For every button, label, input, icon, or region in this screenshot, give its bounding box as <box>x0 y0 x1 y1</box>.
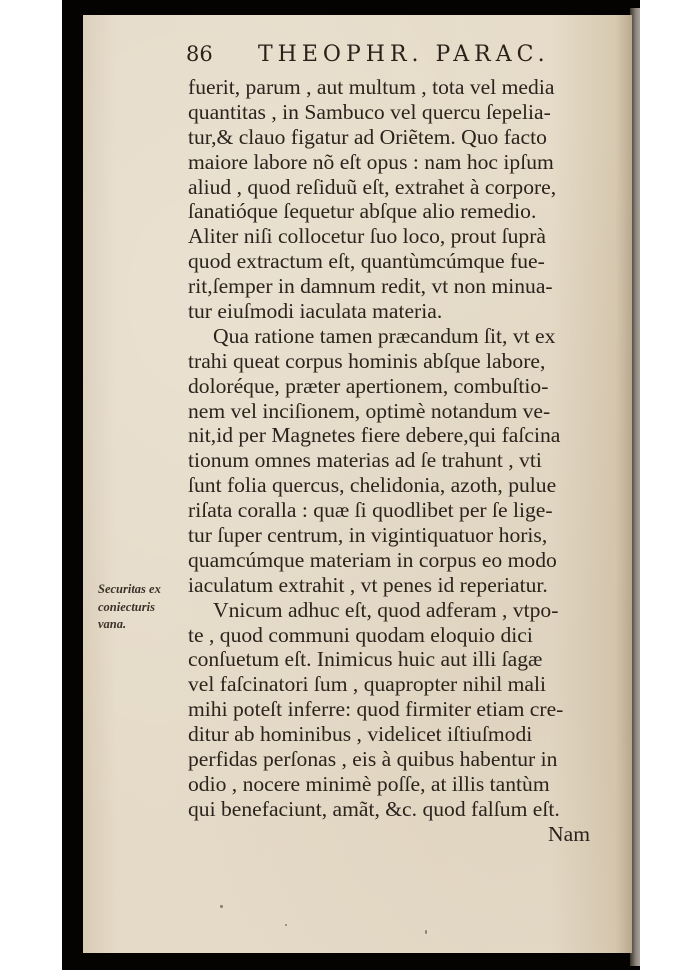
text-line: Vnicum adhuc eſt, quod adferam , vtpo- <box>188 598 598 623</box>
text-line: nem vel inciſionem, optimè notandum ve- <box>188 399 598 424</box>
margin-note: Securitas ex coniecturis vana. <box>98 581 188 634</box>
margin-note-line: Securitas ex <box>98 581 188 599</box>
running-head: 86 THEOPHR. PARAC. <box>186 42 606 72</box>
text-line: doloréque, præter apertionem, combuſtio- <box>188 374 598 399</box>
text-line: Qua ratione tamen præcandum ſit, vt ex <box>188 324 598 349</box>
text-line: tur eiuſmodi iaculata materia. <box>188 299 598 324</box>
text-line: fuerit, parum , aut multum , tota vel me… <box>188 75 598 100</box>
text-line: qui benefaciunt, amãt, &c. quod falſum e… <box>188 797 598 822</box>
text-line: ditur ab hominibus , videlicet iſtiuſmod… <box>188 722 598 747</box>
text-line: quantitas , in Sambuco vel quercu ſepeli… <box>188 100 598 125</box>
text-line: mihi poteſt inferre: quod firmiter etiam… <box>188 697 598 722</box>
text-line: Aliter niſi collocetur ſuo loco, prout ſ… <box>188 224 598 249</box>
text-line: iaculatum extrahit , vt penes id reperia… <box>188 573 598 598</box>
text-line: aliud , quod reſiduũ eſt, extrahet à cor… <box>188 175 598 200</box>
text-line: te , quod communi quodam eloquio dici <box>188 623 598 648</box>
text-line: tur ſuper centrum, in vigintiquatuor hor… <box>188 523 598 548</box>
text-line: quamcúmque materiam in corpus eo modo <box>188 548 598 573</box>
text-line: odio , nocere minimè poſſe, at illis tan… <box>188 772 598 797</box>
text-line: conſuetum eſt. Inimicus huic aut illi ſa… <box>188 647 598 672</box>
text-line: riſata coralla : quæ ſi quodlibet per ſe… <box>188 498 598 523</box>
text-line: trahi queat corpus hominis abſque labore… <box>188 349 598 374</box>
text-line: nit,id per Magnetes fiere debere,qui faſ… <box>188 423 598 448</box>
margin-note-line: vana. <box>98 616 188 634</box>
text-line: maiore labore nõ eſt opus : nam hoc ipſu… <box>188 150 598 175</box>
catchword: Nam <box>188 822 598 847</box>
text-line: vel faſcinatori ſum , quapropter nihil m… <box>188 672 598 697</box>
body-text: fuerit, parum , aut multum , tota vel me… <box>188 75 598 847</box>
text-line: perfidas perſonas , eis à quibus habentu… <box>188 747 598 772</box>
text-line: ſunt folia quercus, chelidonia, azoth, p… <box>188 473 598 498</box>
margin-note-line: coniecturis <box>98 599 188 617</box>
text-line: tur,& clauo figatur ad Oriẽtem. Quo fact… <box>188 125 598 150</box>
text-line: rit,ſemper in damnum redit, vt non minua… <box>188 274 598 299</box>
text-line: tionum omnes materias ad ſe trahunt , vt… <box>188 448 598 473</box>
text-line: quod extractum eſt, quantùmcúmque fue- <box>188 249 598 274</box>
text-line: ſanatióque ſequetur abſque alio remedio. <box>188 199 598 224</box>
page-number: 86 <box>186 42 213 66</box>
running-title: THEOPHR. PARAC. <box>258 42 550 67</box>
